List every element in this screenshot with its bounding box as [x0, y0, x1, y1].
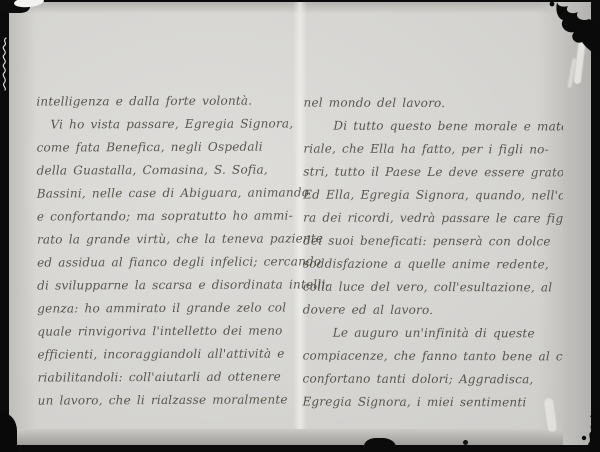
- handwritten-line: Di tutto questo bene morale e mate-: [303, 115, 565, 139]
- handwritten-line: Bassini, nelle case di Abiguara, animand…: [37, 181, 299, 205]
- film-border-bottom: [0, 445, 600, 452]
- handwritten-line: della Guastalla, Comasina, S. Sofia,: [37, 158, 299, 182]
- bottom-page-edge: [9, 429, 591, 445]
- handwritten-line: rato la grande virtù, che la teneva pazi…: [37, 227, 299, 251]
- left-page-binding-shadow: [9, 2, 37, 445]
- handwritten-line: ed assidua al fianco degli infelici; cer…: [37, 250, 299, 274]
- handwritten-line: e confortando; ma sopratutto ho ammi-: [37, 204, 299, 228]
- handwritten-line: dei suoi beneficati: penserà con dolce: [303, 230, 565, 254]
- handwritten-line: dovere ed al lavoro.: [303, 299, 565, 323]
- film-edge-inscription: [0, 36, 10, 92]
- letter-right-page: nel mondo del lavoro. Di tutto questo be…: [302, 92, 565, 415]
- handwritten-line: compiacenze, che fanno tanto bene al cuo…: [303, 345, 565, 369]
- handwritten-line: soddisfazione a quelle anime redente,: [303, 253, 565, 277]
- handwritten-line: quale rinvigoriva l'intelletto dei meno: [37, 319, 299, 343]
- handwritten-line: come fata Benefica, negli Ospedali: [36, 135, 298, 159]
- handwritten-line: intelligenza e dalla forte volontà.: [36, 89, 298, 113]
- handwritten-line: riabilitandoli: coll'aiutarli ad ottener…: [38, 365, 300, 389]
- handwritten-line: ra dei ricordi, vedrà passare le care fi…: [303, 207, 565, 231]
- handwritten-line: Egregia Signora, i miei sentimenti: [302, 391, 564, 415]
- ink-blotch-top-right: [528, 0, 600, 58]
- handwritten-line: di svilupparne la scarsa e disordinata i…: [37, 273, 299, 297]
- handwritten-line: Le auguro un'infinità di queste: [303, 322, 565, 346]
- ink-dot: [463, 440, 468, 445]
- handwritten-line: Ed Ella, Egregia Signora, quando, nell'o…: [303, 184, 565, 208]
- film-border-right: [591, 0, 600, 452]
- handwritten-line: efficienti, incoraggiandoli all'attività…: [37, 342, 299, 366]
- letter-left-page: intelligenza e dalla forte volontà. Vi h…: [36, 89, 299, 412]
- handwritten-line: nel mondo del lavoro.: [303, 92, 565, 116]
- film-border-top: [0, 0, 600, 2]
- photo-of-letter: intelligenza e dalla forte volontà. Vi h…: [0, 0, 600, 452]
- handwritten-line: genza: ho ammirato il grande zelo col: [37, 296, 299, 320]
- ink-blob-bottom-center: [364, 438, 396, 452]
- handwritten-line: Vi ho vista passare, Egregia Signora,: [36, 112, 298, 136]
- handwritten-line: colla luce del vero, coll'esultazione, a…: [303, 276, 565, 300]
- handwritten-line: stri, tutto il Paese Le deve essere grat…: [303, 161, 565, 185]
- handwritten-line: riale, che Ella ha fatto, per i figli no…: [303, 138, 565, 162]
- ink-blotch-bottom-right: [560, 398, 600, 452]
- handwritten-line: confortano tanti dolori; Aggradisca,: [303, 368, 565, 392]
- handwritten-line: un lavoro, che li rialzasse moralmente: [38, 388, 300, 412]
